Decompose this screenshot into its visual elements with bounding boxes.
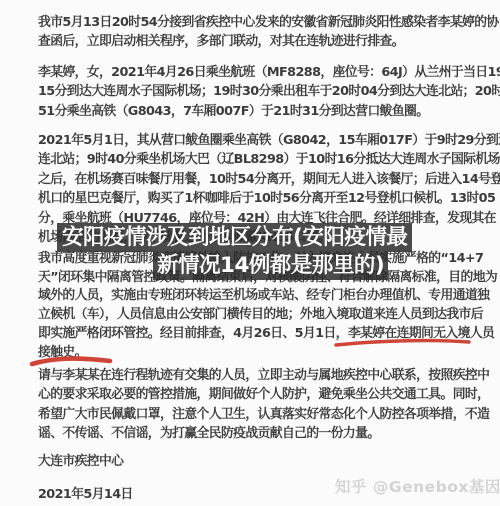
text-line: 希望广大市民佩戴口罩，注意个人卫生，认真落实好常态化个人防控各项举措，不造 <box>38 405 483 424</box>
zhihu-watermark: 知乎 @Genebox基因宝 <box>335 475 500 497</box>
overlay-title-banner-line-2: 新情况14例都是那里的) <box>153 252 388 280</box>
overlay-title-banner-line-1: 安阳疫情涉及到地区分布(安阳疫情最 <box>57 223 412 252</box>
text-line: 域外的人员，实施由专班闭环转运至机场或车站、经专门柜台办理值机、专用通道独 <box>38 287 483 306</box>
signature-date: 2021年5月14日 <box>38 483 133 502</box>
text-line: 李某婷，女，2021年4月26日乘坐航班（MF8288，座位号：64J）从兰州于… <box>38 63 483 82</box>
text-line: 15分到达大连周水子国际机场；19时30分乘出租车于20时04分到达大连北站；2… <box>38 82 483 101</box>
text-line: 心的要求采取必要的管控措施，期间做好个人防护，避免乘坐公共交通工具。同时， <box>38 385 483 404</box>
text-line: 我市5月13日20时54分接到省疾控中心发来的安徽省新冠肺炎阳性感染者李某婷的协 <box>38 13 483 32</box>
text-line: 请与李某某在连行程轨迹有交集的人员，立即主动与属地疾控中心联系，按照疾控中 <box>38 366 483 385</box>
document-page: 我市5月13日20时54分接到省疾控中心发来的安徽省新冠肺炎阳性感染者李某婷的协… <box>0 0 500 506</box>
text-line: 机口的星巴克餐厅，购买了1杯咖啡后于10时56分离开至12号登机口候机。13时0… <box>38 189 483 208</box>
paragraph-5: 请与李某某在连行程轨迹有交集的人员，立即主动与属地疾控中心联系，按照疾控中 心的… <box>38 366 483 444</box>
text-line: 查函后，立即启动相关程序，多部门联动，对其在连轨迹进行排查。 <box>38 32 483 51</box>
text-line: 立候机（车），人员信息由公安部门横传目的地；外地入境取道来连人员到达我市后 <box>38 306 483 325</box>
text-line: 即实施严格闭环管控。经目前排查，4月26日、5月1日，李某婷在连期间无入境人员 <box>38 325 483 344</box>
signature-org: 大连市疾控中心 <box>38 450 123 469</box>
text-line: 谣、不传谣、不信谣，为打赢全民防疫战贡献自己的一份力量。 <box>38 424 483 443</box>
text-line: 接触史。 <box>38 344 483 363</box>
text-line: 连北站；9时40分乘坐机场大巴（辽BL8298）于10时16分抵达大连周水子国际… <box>38 150 483 169</box>
text-line: 2021年5月1日，其从营口鲅鱼圈乘坐高铁（G8042，15车厢017F）于9时… <box>38 131 483 150</box>
text-line: 之后，在机场赛百味餐厅用餐，10时54分离开，期间无人进入该餐厅；后进入14号登 <box>38 170 483 189</box>
text-line: 51分乘坐高铁（G8043，7车厢007F）于21时31分到达营口鲅鱼圈。 <box>38 102 483 121</box>
paragraph-2: 李某婷，女，2021年4月26日乘坐航班（MF8288，座位号：64J）从兰州于… <box>38 63 483 121</box>
paragraph-1: 我市5月13日20时54分接到省疾控中心发来的安徽省新冠肺炎阳性感染者李某婷的协… <box>38 13 483 52</box>
